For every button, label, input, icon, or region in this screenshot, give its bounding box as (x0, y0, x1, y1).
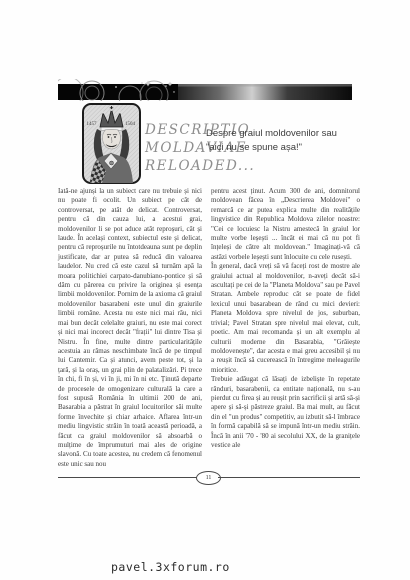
portrait-year-right: 1504 (125, 122, 136, 127)
page-number: 11 (206, 475, 212, 481)
footer-rule-left (58, 477, 197, 478)
stefan-cel-mare-portrait: 1457 1504 (82, 103, 141, 184)
scanned-magazine-page: 1457 1504 DESCRIPTIO MOLDAVIAE RELOADED.… (0, 0, 410, 580)
page-number-badge: 11 (196, 471, 221, 485)
left-column: Iată-ne ajunși la un subiect care nu tre… (58, 187, 202, 479)
article-body: Iată-ne ajunși la un subiect care nu tre… (58, 187, 360, 479)
subtitle-line-1: Despre graiul moldovenilor sau (206, 127, 366, 141)
paragraph: Trebuie adăugat că lăsați de izbeliște î… (211, 375, 360, 450)
paragraph: pentru acest ținut. Acum 300 de ani, dom… (211, 187, 360, 262)
article-subtitle: Despre graiul moldovenilor sau "aici nu … (206, 127, 366, 154)
portrait-year-left: 1457 (87, 122, 98, 127)
header-banner (58, 79, 352, 101)
footer-rule-right (218, 477, 360, 478)
paragraph: În general, dacă vreți să vă faceți rost… (211, 262, 360, 375)
forum-watermark: pavel.3xforum.ro (111, 560, 230, 574)
right-column: pentru acest ținut. Acum 300 de ani, dom… (211, 187, 360, 479)
paragraph: Iată-ne ajunși la un subiect care nu tre… (58, 187, 202, 469)
portrait-engraving-graphic: 1457 1504 (82, 103, 141, 184)
subtitle-line-2: "aici nu se spune așa!" (206, 141, 366, 155)
page-footer: 11 (58, 470, 360, 485)
title-line-3: RELOADED... (145, 157, 295, 175)
banner-ornament-graphic (58, 79, 352, 101)
